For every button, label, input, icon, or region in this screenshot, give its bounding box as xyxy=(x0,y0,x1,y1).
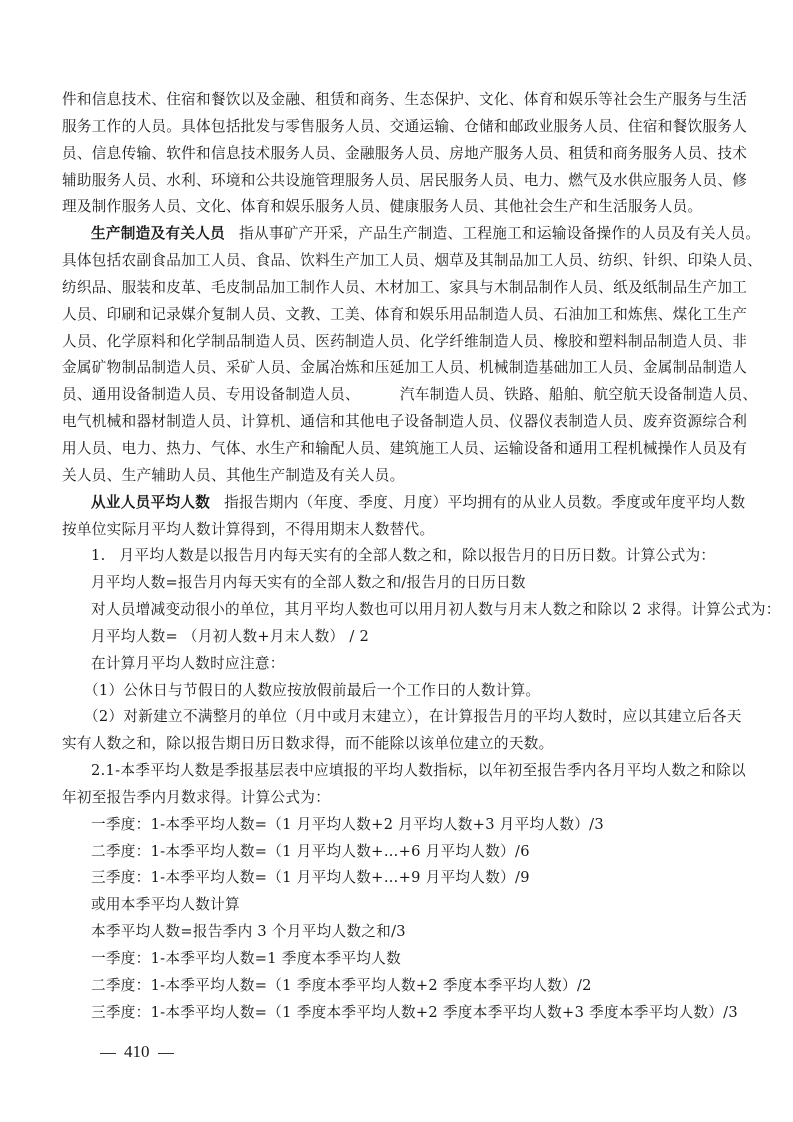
footer-dash xyxy=(100,1053,116,1054)
formula-line: 一季度：1-本季平均人数=1 季度本季平均人数 xyxy=(62,946,718,973)
formula-line: 二季度：1-本季平均人数=（1 月平均人数+…+6 月平均人数）/6 xyxy=(62,839,718,866)
text-line: 1.月平均人数是以报告月内每天实有的全部人数之和，除以报告月的日历日数。计算公式… xyxy=(62,543,718,570)
formula-line: 三季度：1-本季平均人数=（1 月平均人数+…+9 月平均人数）/9 xyxy=(62,865,718,892)
text-line: 实有人数之和，除以报告期日历日数求得，而不能除以该单位建立的天数。 xyxy=(62,731,718,758)
text-line: 关人员、生产辅助人员、其他生产制造及有关人员。 xyxy=(62,463,718,490)
paragraph-social-services-continued: 件和信息技术、住宿和餐饮以及金融、租赁和商务、生态保护、文化、体育和娱乐等社会生… xyxy=(62,87,718,221)
text-line: 从业人员平均人数指报告期内（年度、季度、月度）平均拥有的从业人员数。季度或年度平… xyxy=(62,490,718,517)
text-segment: 月平均人数是以报告月内每天实有的全部人数之和，除以报告月的日历日数。计算公式为： xyxy=(120,547,716,564)
text-line: 金属矿物制品制造人员、采矿人员、金属冶炼和压延加工人员、机械制造基础加工人员、金… xyxy=(62,355,718,382)
text-line: 按单位实际月平均人数计算得到，不得用期末人数替代。 xyxy=(62,517,718,544)
text-line: 生产制造及有关人员指从事矿产开采，产品生产制造、工程施工和运输设备操作的人员及有… xyxy=(62,221,718,248)
text-line: 员、信息传输、软件和信息技术服务人员、金融服务人员、房地产服务人员、租赁和商务服… xyxy=(62,141,718,168)
note-item: （2）对新建立不满整月的单位（月中或月末建立），在计算报告月的平均人数时，应以其… xyxy=(62,704,718,731)
formula-line: 月平均人数=报告月内每天实有的全部人数之和/报告月的日历日数 xyxy=(62,570,718,597)
formula-line: 月平均人数= （月初人数+月末人数） / 2 xyxy=(62,624,718,651)
text-line: 电气机械和器材制造人员、计算机、通信和其他电子设备制造人员、仪器仪表制造人员、废… xyxy=(62,409,718,436)
text-line: 具体包括农副食品加工人员、食品、饮料生产加工人员、烟草及其制品加工人员、纺织、针… xyxy=(62,248,718,275)
text-line: 对人员增减变动很小的单位，其月平均人数也可以用月初人数与月末人数之和除以 2 求… xyxy=(62,597,718,624)
note-item: （1）公休日与节假日的人数应按放假前最后一个工作日的人数计算。 xyxy=(62,678,718,705)
text-line: 用人员、电力、热力、气体、水生产和输配人员、建筑施工人员、运输设备和通用工程机械… xyxy=(62,436,718,463)
text-line: 或用本季平均人数计算 xyxy=(62,892,718,919)
text-line: 年初至报告季内月数求得。计算公式为： xyxy=(62,785,718,812)
text-line: 员、通用设备制造人员、专用设备制造人员、汽车制造人员、铁路、船舶、航空航天设备制… xyxy=(62,382,718,409)
term-heading: 从业人员平均人数 xyxy=(91,494,210,511)
document-page: 件和信息技术、住宿和餐饮以及金融、租赁和商务、生态保护、文化、体育和娱乐等社会生… xyxy=(62,87,718,1027)
formula-line: 本季平均人数=报告季内 3 个月平均人数之和/3 xyxy=(62,919,718,946)
text-line: 辅助服务人员、水利、环境和公共设施管理服务人员、居民服务人员、电力、燃气及水供应… xyxy=(62,168,718,195)
page-number: 410 xyxy=(124,1042,150,1061)
text-line: 人员、化学原料和化学制品制造人员、医药制造人员、化学纤维制造人员、橡胶和塑料制品… xyxy=(62,329,718,356)
text-line: 件和信息技术、住宿和餐饮以及金融、租赁和商务、生态保护、文化、体育和娱乐等社会生… xyxy=(62,87,718,114)
paragraph-average-employees: 从业人员平均人数指报告期内（年度、季度、月度）平均拥有的从业人员数。季度或年度平… xyxy=(62,490,718,1027)
definition-text: 指报告期内（年度、季度、月度）平均拥有的从业人员数。季度或年度平均人数 xyxy=(224,494,745,511)
definition-text: 指从事矿产开采，产品生产制造、工程施工和运输设备操作的人员及有关人员。 xyxy=(239,225,760,242)
text-line: 2.1-本季平均人数是季报基层表中应填报的平均人数指标，以年初至报告季内各月平均… xyxy=(62,758,718,785)
formula-line: 三季度：1-本季平均人数=（1 季度本季平均人数+2 季度本季平均人数+3 季度… xyxy=(62,1000,718,1027)
text-line: 服务工作的人员。具体包括批发与零售服务人员、交通运输、仓储和邮政业服务人员、住宿… xyxy=(62,114,718,141)
text-line: 纺织品、服装和皮革、毛皮制品加工制作人员、木材加工、家具与木制品制作人员、纸及纸… xyxy=(62,275,718,302)
list-number: 1. xyxy=(91,547,106,564)
text-segment: 汽车制造人员、铁路、船舶、航空航天设备制造人员、 xyxy=(400,386,757,403)
text-line: 在计算月平均人数时应注意： xyxy=(62,651,718,678)
page-footer: 410 xyxy=(92,1042,182,1062)
formula-line: 二季度：1-本季平均人数=（1 季度本季平均人数+2 季度本季平均人数）/2 xyxy=(62,973,718,1000)
paragraph-production-manufacturing: 生产制造及有关人员指从事矿产开采，产品生产制造、工程施工和运输设备操作的人员及有… xyxy=(62,221,718,489)
text-segment: 员、通用设备制造人员、专用设备制造人员、 xyxy=(62,386,360,403)
term-heading: 生产制造及有关人员 xyxy=(91,225,225,242)
footer-dash xyxy=(158,1053,174,1054)
text-line: 理及制作服务人员、文化、体育和娱乐服务人员、健康服务人员、其他社会生产和生活服务… xyxy=(62,194,718,221)
formula-line: 一季度：1-本季平均人数=（1 月平均人数+2 月平均人数+3 月平均人数）/3 xyxy=(62,812,718,839)
text-line: 人员、印刷和记录媒介复制人员、文教、工美、体育和娱乐用品制造人员、石油加工和炼焦… xyxy=(62,302,718,329)
